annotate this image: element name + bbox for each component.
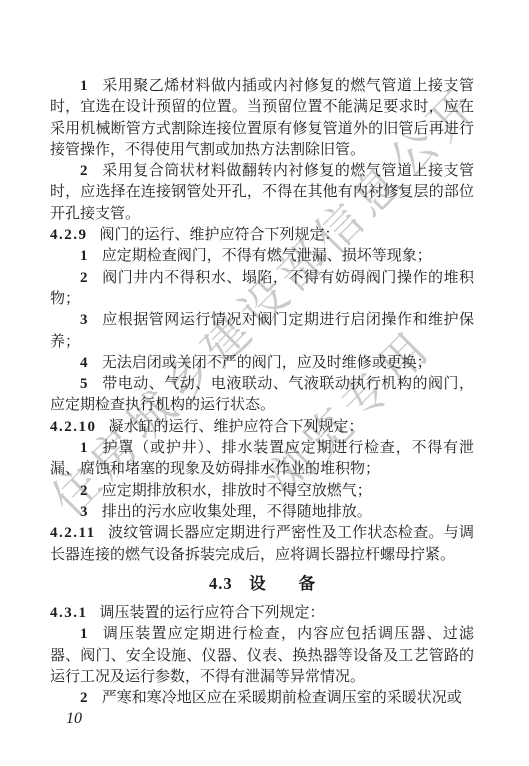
numbered-item-paragraph: 2严寒和寒冷地区应在采暖期前检查调压室的采暖状况或 <box>50 688 474 709</box>
document-body: 1采用聚乙烯材料做内插或内衬修复的燃气管道上接支管时，宜选在设计预留的位置。当预… <box>50 76 474 710</box>
paragraph-text: 采用聚乙烯材料做内插或内衬修复的燃气管道上接支管时，宜选在设计预留的位置。当预留… <box>50 78 474 158</box>
clause-paragraph: 4.2.9阀门的运行、维护应符合下列规定： <box>50 225 474 246</box>
numbered-item-paragraph: 3应根据管网运行情况对阀门定期进行启闭操作和维护保养； <box>50 310 474 353</box>
item-number: 2 <box>80 690 88 706</box>
numbered-item-paragraph: 1调压装置应定期进行检查，内容应包括调压器、过滤器、阀门、安全设施、仪器、仪表、… <box>50 624 474 688</box>
paragraph-text: 凝水缸的运行、维护应符合下列规定： <box>109 419 364 435</box>
clause-number: 4.2.9 <box>50 227 88 243</box>
item-number: 2 <box>80 270 88 286</box>
section-number: 4.3 <box>209 574 233 593</box>
section-heading: 4.3设 备 <box>50 573 474 594</box>
numbered-item-paragraph: 5带电动、气动、电液联动、气液联动执行机构的阀门，应定期检查执行机构的运行状态。 <box>50 374 474 417</box>
numbered-item-paragraph: 2采用复合筒状材料做翻转内衬修复的燃气管道上接支管时，应选择在连接钢管处开孔，不… <box>50 161 474 225</box>
paragraph-text: 采用复合筒状材料做翻转内衬修复的燃气管道上接支管时，应选择在连接钢管处开孔，不得… <box>50 163 474 222</box>
paragraph-text: 阀门的运行、维护应符合下列规定： <box>100 227 340 243</box>
document-page: 住房城乡建设部信息公开 浏览专用 1采用聚乙烯材料做内插或内衬修复的燃气管道上接… <box>0 0 529 766</box>
paragraph-text: 排出的污水应收集处理，不得随地排放。 <box>102 504 372 520</box>
item-number: 1 <box>80 626 88 642</box>
clause-paragraph: 4.2.10凝水缸的运行、维护应符合下列规定： <box>50 417 474 438</box>
paragraph-text: 应定期排放积水，排放时不得空放燃气； <box>102 483 372 499</box>
item-number: 3 <box>80 312 88 328</box>
paragraph-text: 调压装置应定期进行检查，内容应包括调压器、过滤器、阀门、安全设施、仪器、仪表、换… <box>50 626 474 685</box>
numbered-item-paragraph: 1护罩（或护井）、排水装置应定期进行检查，不得有泄漏、腐蚀和堵塞的现象及妨碍排水… <box>50 438 474 481</box>
item-number: 1 <box>80 440 88 456</box>
numbered-item-paragraph: 1采用聚乙烯材料做内插或内衬修复的燃气管道上接支管时，宜选在设计预留的位置。当预… <box>50 76 474 161</box>
numbered-item-paragraph: 3排出的污水应收集处理，不得随地排放。 <box>50 502 474 523</box>
clause-number: 4.2.10 <box>50 419 97 435</box>
item-number: 5 <box>80 376 88 392</box>
item-number: 2 <box>80 163 88 179</box>
numbered-item-paragraph: 2应定期排放积水，排放时不得空放燃气； <box>50 481 474 502</box>
item-number: 2 <box>80 483 88 499</box>
paragraph-text: 无法启闭或关闭不严的阀门，应及时维修或更换； <box>102 355 432 371</box>
paragraph-text: 应根据管网运行情况对阀门定期进行启闭操作和维护保养； <box>50 312 474 349</box>
paragraph-text: 应定期检查阀门，不得有燃气泄漏、损坏等现象； <box>102 248 432 264</box>
numbered-item-paragraph: 2阀门井内不得积水、塌陷，不得有妨碍阀门操作的堆积物； <box>50 268 474 311</box>
item-number: 1 <box>80 78 88 94</box>
numbered-item-paragraph: 1应定期检查阀门，不得有燃气泄漏、损坏等现象； <box>50 246 474 267</box>
clause-paragraph: 4.2.11波纹管调长器应定期进行严密性及工作状态检查。与调长器连接的燃气设备拆… <box>50 523 474 566</box>
page-number: 10 <box>66 710 82 728</box>
clause-number: 4.2.11 <box>50 525 96 541</box>
paragraph-text: 阀门井内不得积水、塌陷，不得有妨碍阀门操作的堆积物； <box>50 270 474 307</box>
item-number: 3 <box>80 504 88 520</box>
section-title: 设 备 <box>249 574 315 593</box>
item-number: 1 <box>80 248 88 264</box>
paragraph-text: 波纹管调长器应定期进行严密性及工作状态检查。与调长器连接的燃气设备拆装完成后，应… <box>50 525 474 562</box>
clause-number: 4.3.1 <box>50 605 88 621</box>
paragraph-text: 调压装置的运行应符合下列规定： <box>100 605 325 621</box>
clause-paragraph: 4.3.1调压装置的运行应符合下列规定： <box>50 603 474 624</box>
paragraph-text: 带电动、气动、电液联动、气液联动执行机构的阀门，应定期检查执行机构的运行状态。 <box>50 376 474 413</box>
item-number: 4 <box>80 355 88 371</box>
numbered-item-paragraph: 4无法启闭或关闭不严的阀门，应及时维修或更换； <box>50 353 474 374</box>
paragraph-text: 严寒和寒冷地区应在采暖期前检查调压室的采暖状况或 <box>102 690 462 706</box>
paragraph-text: 护罩（或护井）、排水装置应定期进行检查，不得有泄漏、腐蚀和堵塞的现象及妨碍排水作… <box>50 440 474 477</box>
